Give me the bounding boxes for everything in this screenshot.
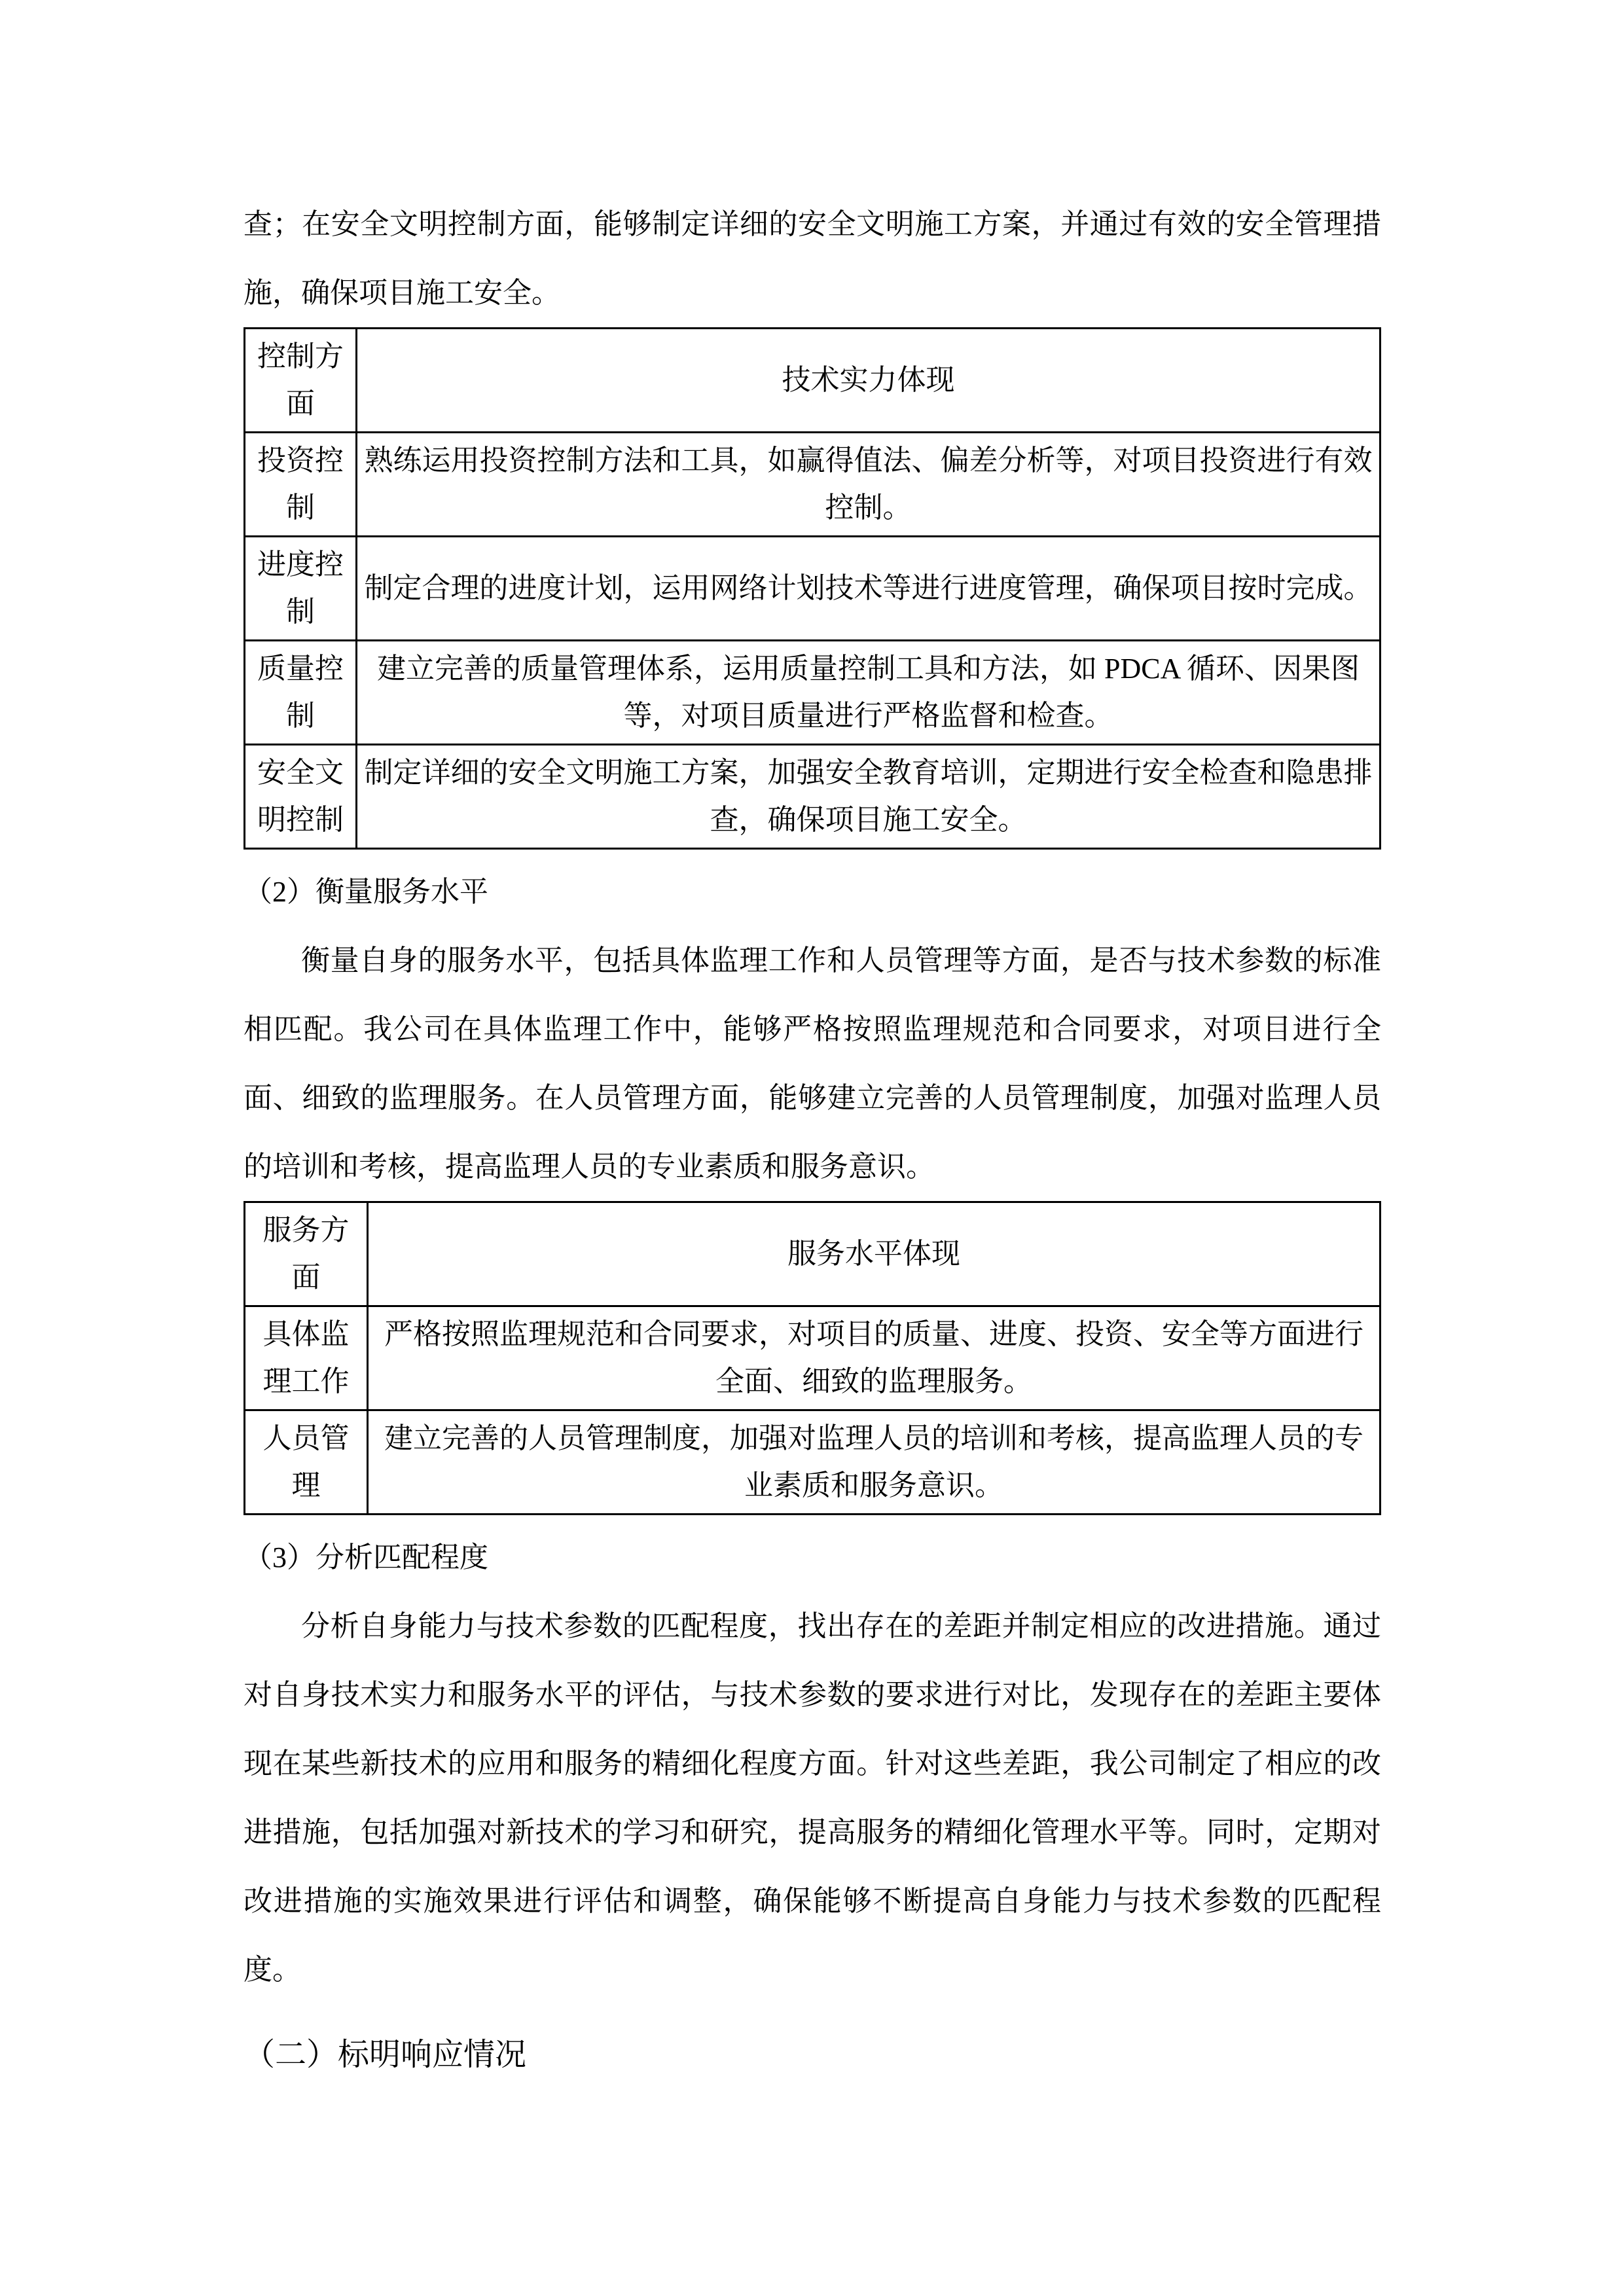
table2-header-aspect: 服务方面 bbox=[245, 1202, 368, 1306]
table2-row2-content: 建立完善的人员管理制度，加强对监理人员的培训和考核，提高监理人员的专业素质和服务… bbox=[368, 1410, 1380, 1515]
table-row: 质量控制 建立完善的质量管理体系，运用质量控制工具和方法，如 PDCA 循环、因… bbox=[245, 641, 1380, 745]
table-row: 人员管理 建立完善的人员管理制度，加强对监理人员的培训和考核，提高监理人员的专业… bbox=[245, 1410, 1380, 1515]
table-row: 具体监理工作 严格按照监理规范和合同要求，对项目的质量、进度、投资、安全等方面进… bbox=[245, 1306, 1380, 1410]
document-page: 查；在安全文明控制方面，能够制定详细的安全文明施工方案，并通过有效的安全管理措施… bbox=[0, 0, 1624, 2296]
service-aspects-table: 服务方面 服务水平体现 具体监理工作 严格按照监理规范和合同要求，对项目的质量、… bbox=[244, 1201, 1381, 1515]
body-paragraph-match-analysis: 分析自身能力与技术参数的匹配程度，找出存在的差距并制定相应的改进措施。通过对自身… bbox=[244, 1592, 1381, 2004]
section-heading-response-status: （二）标明响应情况 bbox=[244, 2018, 1381, 2092]
table-header-row: 服务方面 服务水平体现 bbox=[245, 1202, 1380, 1306]
table1-row1-label: 投资控制 bbox=[245, 433, 357, 537]
table1-row4-content: 制定详细的安全文明施工方案，加强安全教育培训，定期进行安全检查和隐患排查，确保项… bbox=[357, 745, 1380, 849]
table-row: 投资控制 熟练运用投资控制方法和工具，如赢得值法、偏差分析等，对项目投资进行有效… bbox=[245, 433, 1380, 537]
table1-row1-content: 熟练运用投资控制方法和工具，如赢得值法、偏差分析等，对项目投资进行有效控制。 bbox=[357, 433, 1380, 537]
table2-header-service: 服务水平体现 bbox=[368, 1202, 1380, 1306]
table1-row2-content: 制定合理的进度计划，运用网络计划技术等进行进度管理，确保项目按时完成。 bbox=[357, 537, 1380, 641]
table1-row3-content: 建立完善的质量管理体系，运用质量控制工具和方法，如 PDCA 循环、因果图等，对… bbox=[357, 641, 1380, 745]
table2-row1-label: 具体监理工作 bbox=[245, 1306, 368, 1410]
table1-row2-label: 进度控制 bbox=[245, 537, 357, 641]
table-row: 安全文明控制 制定详细的安全文明施工方案，加强安全教育培训，定期进行安全检查和隐… bbox=[245, 745, 1380, 849]
control-aspects-table: 控制方面 技术实力体现 投资控制 熟练运用投资控制方法和工具，如赢得值法、偏差分… bbox=[244, 327, 1381, 850]
subheading-measure-service-level: （2）衡量服务水平 bbox=[244, 857, 1381, 926]
table1-row3-label: 质量控制 bbox=[245, 641, 357, 745]
subheading-analyze-match: （3）分析匹配程度 bbox=[244, 1523, 1381, 1592]
table-header-row: 控制方面 技术实力体现 bbox=[245, 329, 1380, 433]
table-row: 进度控制 制定合理的进度计划，运用网络计划技术等进行进度管理，确保项目按时完成。 bbox=[245, 537, 1380, 641]
body-paragraph-continuation: 查；在安全文明控制方面，能够制定详细的安全文明施工方案，并通过有效的安全管理措施… bbox=[244, 190, 1381, 327]
table2-row1-content: 严格按照监理规范和合同要求，对项目的质量、进度、投资、安全等方面进行全面、细致的… bbox=[368, 1306, 1380, 1410]
table1-row4-label: 安全文明控制 bbox=[245, 745, 357, 849]
body-paragraph-service-level: 衡量自身的服务水平，包括具体监理工作和人员管理等方面，是否与技术参数的标准相匹配… bbox=[244, 926, 1381, 1201]
table1-header-aspect: 控制方面 bbox=[245, 329, 357, 433]
table1-header-strength: 技术实力体现 bbox=[357, 329, 1380, 433]
table2-row2-label: 人员管理 bbox=[245, 1410, 368, 1515]
